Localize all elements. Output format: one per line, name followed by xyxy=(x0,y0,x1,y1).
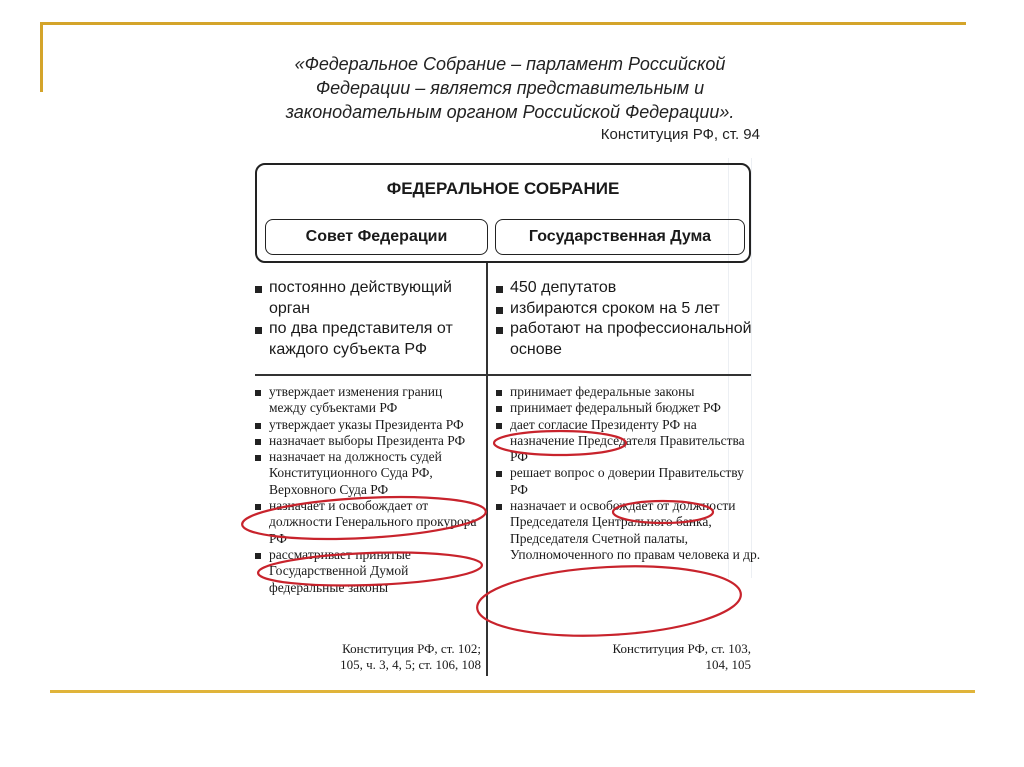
list-item: избираются сроком на 5 лет xyxy=(496,299,761,320)
list-item: 450 депутатов xyxy=(496,278,761,299)
list-item: назначает выборы Президента РФ xyxy=(255,433,481,449)
state-duma-reference: Конституция РФ, ст. 103, 104, 105 xyxy=(496,641,751,673)
scanned-page: «Федеральное Собрание – парламент Россий… xyxy=(250,48,770,678)
list-item: назначает и освобождает от должности Ген… xyxy=(255,498,481,547)
slide-frame-bottom-line xyxy=(50,690,975,693)
list-item: рассматривает принятые Государственной Д… xyxy=(255,547,481,596)
quote-line: законодательным органом Российской Федер… xyxy=(250,100,770,124)
square-bullet-icon xyxy=(496,504,502,510)
list-item: утверждает изменения границ между субъек… xyxy=(255,384,481,417)
list-item: принимает федеральные законы xyxy=(496,384,761,400)
slide-frame-left-line xyxy=(40,22,43,92)
quote-line: Федерации – является представительным и xyxy=(250,76,770,100)
federation-council-powers: утверждает изменения границ между субъек… xyxy=(255,384,481,596)
square-bullet-icon xyxy=(255,455,261,461)
list-item: утверждает указы Президента РФ xyxy=(255,417,481,433)
list-item: принимает федеральный бюджет РФ xyxy=(496,400,761,416)
list-item: постоянно действующий орган xyxy=(255,278,481,319)
federation-council-characteristics: постоянно действующий орган по два предс… xyxy=(255,278,481,360)
constitution-quote: «Федеральное Собрание – парламент Россий… xyxy=(250,52,770,124)
list-item: назначает на должность судей Конституцио… xyxy=(255,449,481,498)
state-duma-powers: принимает федеральные законы принимает ф… xyxy=(496,384,761,563)
square-bullet-icon xyxy=(255,327,262,334)
chamber-federation-council: Совет Федерации xyxy=(265,219,488,255)
square-bullet-icon xyxy=(255,390,261,396)
square-bullet-icon xyxy=(496,327,503,334)
list-item: работают на профессиональной основе xyxy=(496,319,761,360)
column-divider xyxy=(486,263,488,676)
square-bullet-icon xyxy=(496,286,503,293)
state-duma-characteristics: 450 депутатов избираются сроком на 5 лет… xyxy=(496,278,761,360)
section-divider xyxy=(255,374,751,376)
square-bullet-icon xyxy=(496,307,503,314)
quote-line: «Федеральное Собрание – парламент Россий… xyxy=(250,52,770,76)
list-item: решает вопрос о доверии Правительству РФ xyxy=(496,465,761,498)
federation-council-reference: Конституция РФ, ст. 102; 105, ч. 3, 4, 5… xyxy=(255,641,481,673)
square-bullet-icon xyxy=(496,423,502,429)
quote-source: Конституция РФ, ст. 94 xyxy=(601,126,760,143)
list-item: дает согласие Президенту РФ на назначени… xyxy=(496,417,761,466)
federal-assembly-box: ФЕДЕРАЛЬНОЕ СОБРАНИЕ Совет Федерации Гос… xyxy=(255,163,751,263)
slide-frame-top-line xyxy=(40,22,966,25)
square-bullet-icon xyxy=(496,390,502,396)
federal-assembly-title: ФЕДЕРАЛЬНОЕ СОБРАНИЕ xyxy=(257,179,749,199)
square-bullet-icon xyxy=(255,439,261,445)
square-bullet-icon xyxy=(496,471,502,477)
square-bullet-icon xyxy=(255,504,261,510)
chamber-state-duma: Государственная Дума xyxy=(495,219,745,255)
square-bullet-icon xyxy=(496,406,502,412)
list-item: назначает и освобождает от должности Пре… xyxy=(496,498,761,563)
list-item: по два представителя от каждого субъекта… xyxy=(255,319,481,360)
square-bullet-icon xyxy=(255,423,261,429)
square-bullet-icon xyxy=(255,553,261,559)
square-bullet-icon xyxy=(255,286,262,293)
